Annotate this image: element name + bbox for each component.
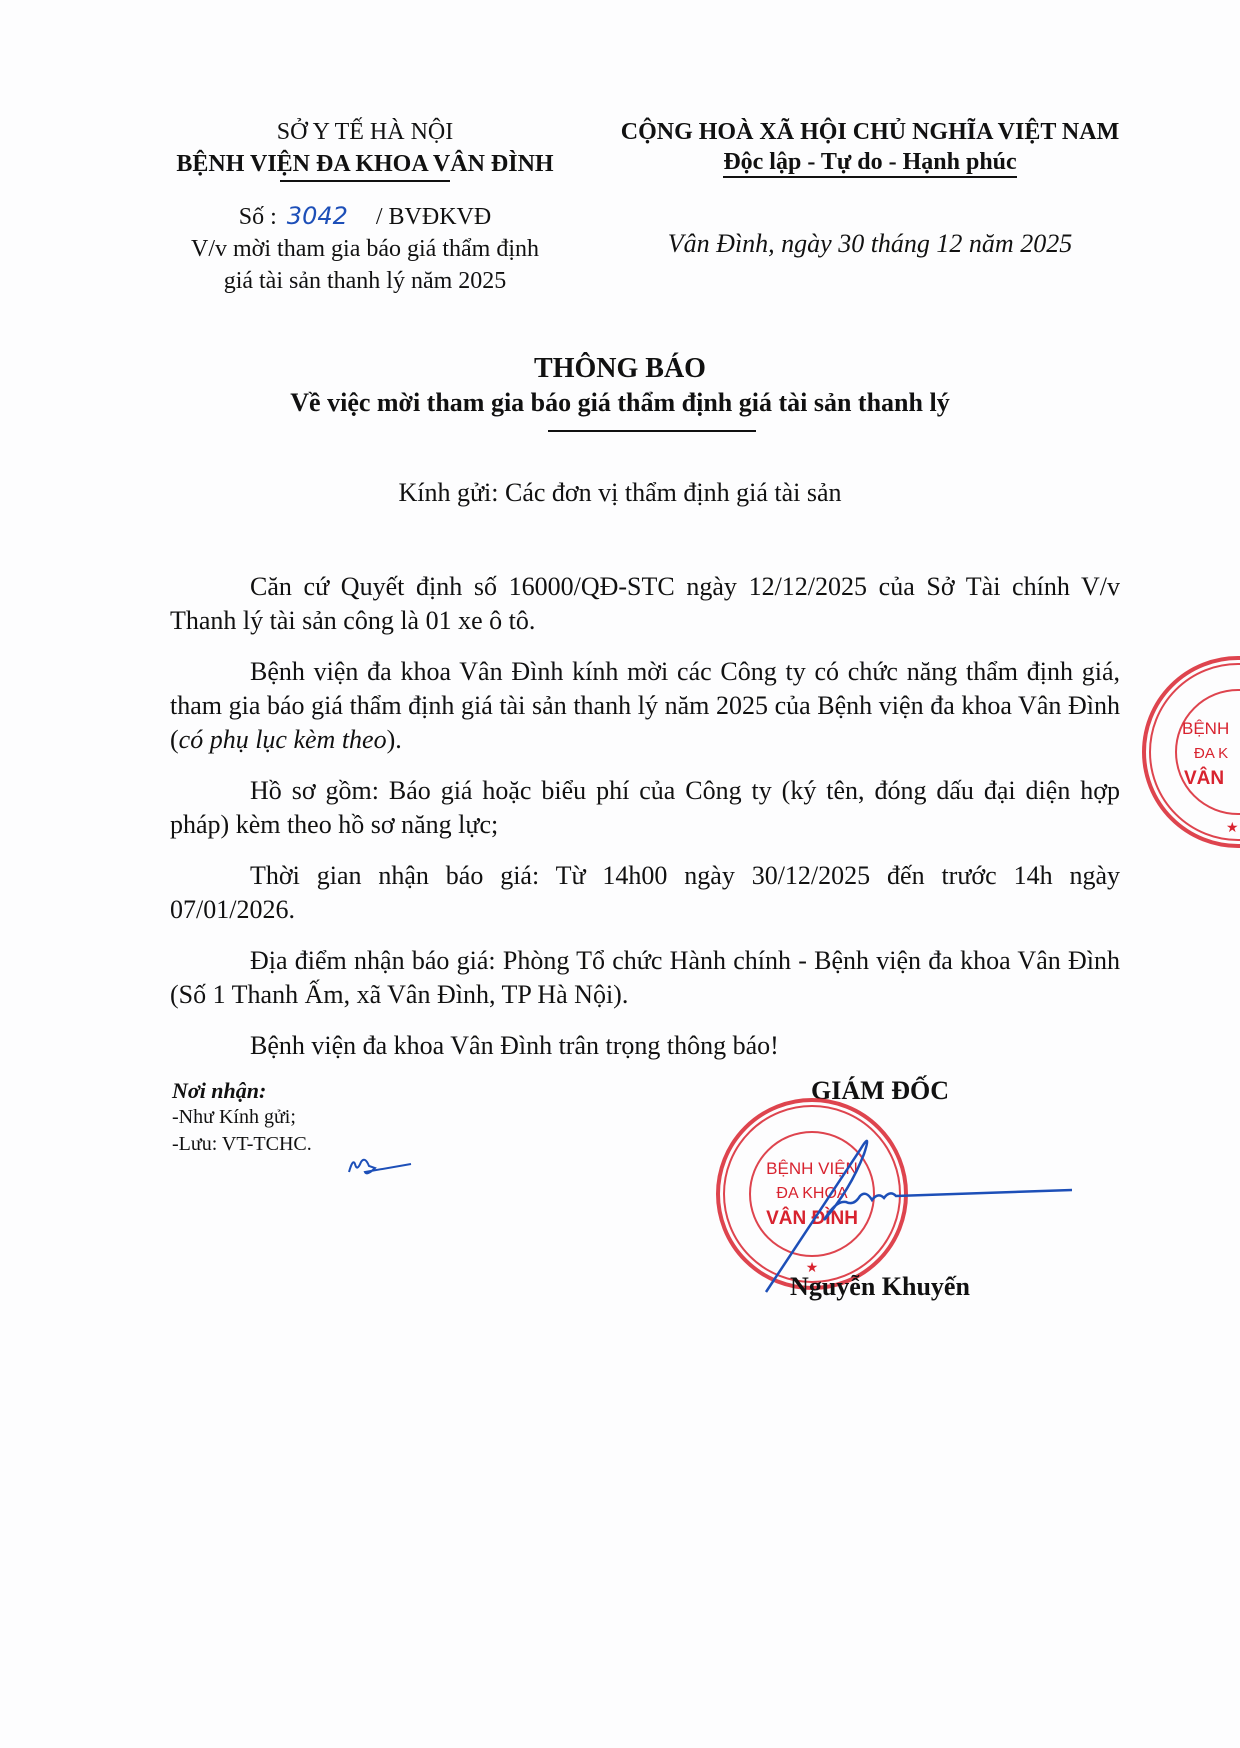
svg-text:★: ★	[1226, 821, 1239, 836]
document-body: Căn cứ Quyết định số 16000/QĐ-STC ngày 1…	[170, 570, 1120, 1080]
document-subtitle: Về việc mời tham gia báo giá thẩm định g…	[0, 386, 1240, 420]
document-title: THÔNG BÁO	[0, 352, 1240, 386]
recipient-item: -Như Kính gửi;	[172, 1104, 312, 1131]
paragraph-location: Địa điểm nhận báo giá: Phòng Tổ chức Hàn…	[170, 944, 1120, 1012]
title-underline	[548, 430, 756, 432]
document-number: Số : 3042 / BVĐKVĐ	[140, 200, 590, 233]
paragraph-invitation: Bệnh viện đa khoa Vân Đình kính mời các …	[170, 655, 1120, 757]
svg-text:VÂN: VÂN	[1184, 767, 1224, 789]
paragraph-closing: Bệnh viện đa khoa Vân Đình trân trọng th…	[170, 1029, 1120, 1063]
subject-line-2: giá tài sản thanh lý năm 2025	[140, 265, 590, 297]
number-suffix: / BVĐKVĐ	[376, 204, 491, 230]
svg-text:BỆNH: BỆNH	[1182, 719, 1229, 738]
country-name: CỘNG HOÀ XÃ HỘI CHỦ NGHĨA VIỆT NAM	[590, 116, 1150, 148]
motto: Độc lập - Tự do - Hạnh phúc	[723, 148, 1016, 178]
svg-text:ĐA K: ĐA K	[1194, 745, 1228, 762]
subject-line-1: V/v mời tham gia báo giá thẩm định	[140, 233, 590, 265]
appendix-note: có phụ lục kèm theo	[179, 725, 387, 754]
recipients-block: Nơi nhận: -Như Kính gửi; -Lưu: VT-TCHC.	[172, 1077, 312, 1158]
paragraph-basis: Căn cứ Quyết định số 16000/QĐ-STC ngày 1…	[170, 570, 1120, 638]
invitation-end: ).	[387, 725, 402, 754]
title-block: THÔNG BÁO Về việc mời tham gia báo giá t…	[0, 352, 1240, 432]
initials-mark	[345, 1150, 415, 1180]
header-left: SỞ Y TẾ HÀ NỘI BỆNH VIỆN ĐA KHOA VÂN ĐÌN…	[140, 116, 590, 297]
organization-underline	[280, 180, 450, 182]
page-seal-stamp: BỆNH ĐA K VÂN ★	[1138, 652, 1240, 852]
ministry-name: SỞ Y TẾ HÀ NỘI	[140, 116, 590, 148]
paragraph-documents: Hồ sơ gồm: Báo giá hoặc biểu phí của Côn…	[170, 774, 1120, 842]
recipients-heading: Nơi nhận:	[172, 1077, 312, 1104]
paragraph-time: Thời gian nhận báo giá: Từ 14h00 ngày 30…	[170, 859, 1120, 927]
date-line: Vân Đình, ngày 30 tháng 12 năm 2025	[590, 228, 1150, 260]
organization-name: BỆNH VIỆN ĐA KHOA VÂN ĐÌNH	[140, 148, 590, 180]
header-right: CỘNG HOÀ XÃ HỘI CHỦ NGHĨA VIỆT NAM Độc l…	[590, 116, 1150, 260]
handwritten-number: 3042	[287, 202, 348, 230]
recipient-item: -Lưu: VT-TCHC.	[172, 1131, 312, 1158]
signatory-name: Nguyễn Khuyến	[760, 1272, 1000, 1302]
number-prefix: Số :	[239, 204, 277, 230]
recipient-line: Kính gửi: Các đơn vị thẩm định giá tài s…	[0, 478, 1240, 508]
